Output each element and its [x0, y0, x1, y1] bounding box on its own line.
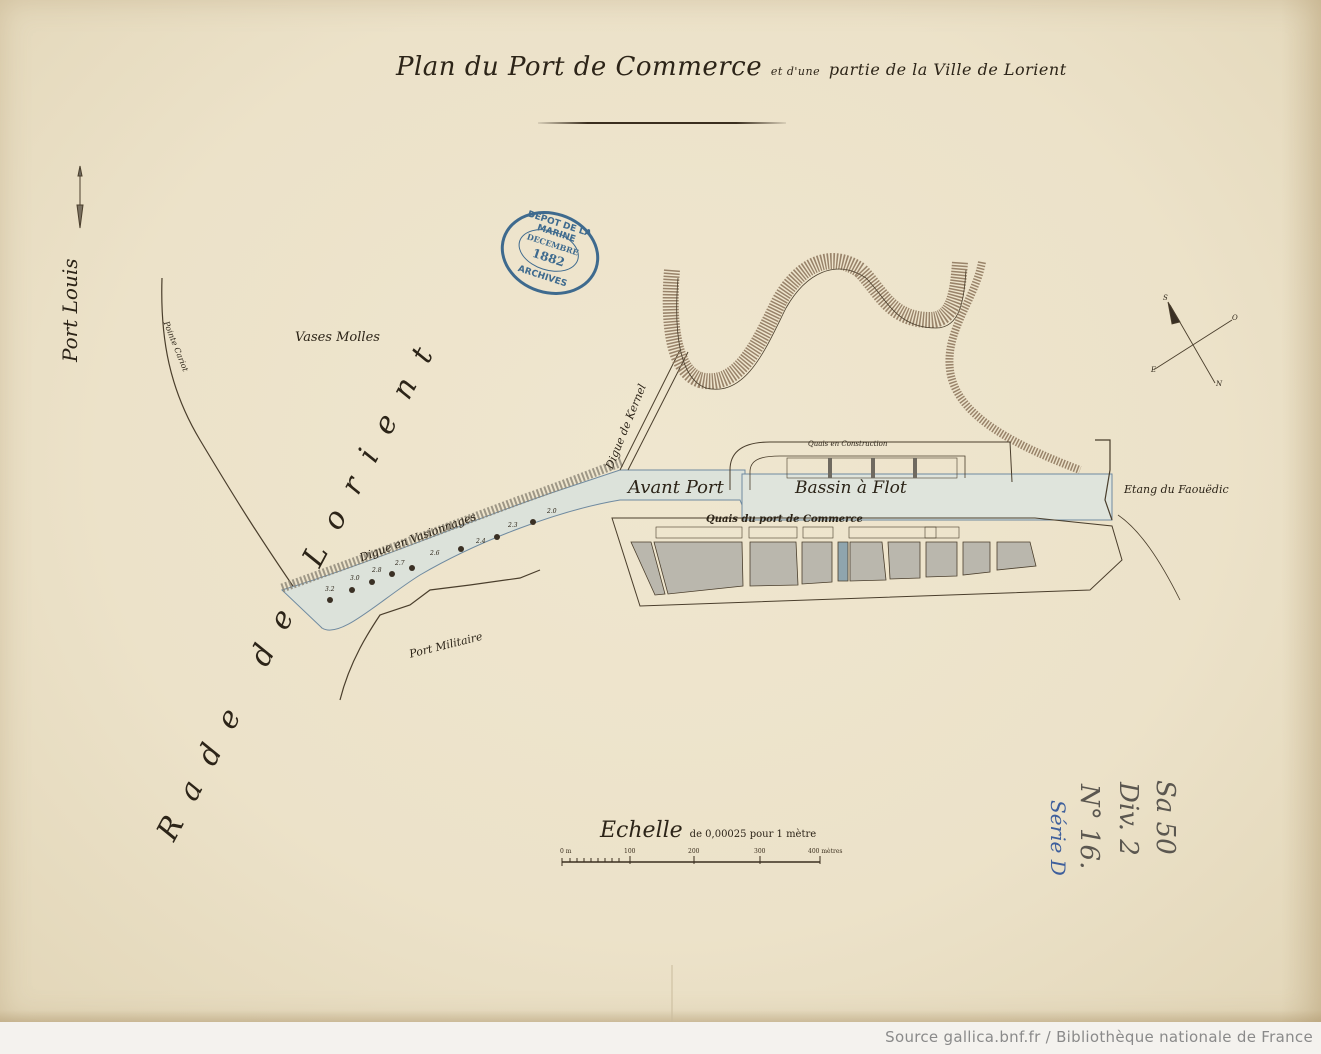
- label-vases-molles: Vases Molles: [295, 330, 380, 345]
- north-bank-hachure: [671, 261, 960, 381]
- label-bassin-a-flot: Bassin à Flot: [795, 478, 907, 498]
- scale-tick-label: 0 m: [560, 848, 571, 855]
- compass-rose-icon: [1155, 302, 1232, 383]
- scale-tick-label: 400 mètres: [808, 848, 843, 855]
- warehouse-blocks: [631, 542, 1036, 595]
- scale-title: Echelle de 0,00025 pour 1 mètre: [600, 818, 816, 843]
- compass-letter-s: S: [1163, 294, 1168, 302]
- archive-mark-number: N° 16.: [1074, 784, 1104, 869]
- harbor-plan-drawing: [0, 0, 1321, 1022]
- scale-label: Echelle: [600, 818, 683, 843]
- sounding-value: 2.3: [508, 522, 518, 529]
- archive-mark-serie: Série D: [1046, 800, 1070, 876]
- title-connector: et d'une: [771, 65, 820, 78]
- archive-mark-div: Div. 2: [1113, 782, 1143, 856]
- sounding-value: 2.4: [476, 538, 486, 545]
- east-bank-hachure: [949, 262, 1080, 470]
- source-credit: Source gallica.bnf.fr / Bibliothèque nat…: [885, 1028, 1313, 1046]
- label-port-louis: Port Louis: [58, 258, 82, 362]
- compass-letter-n: N: [1216, 380, 1222, 388]
- north-arrow-icon: [77, 166, 83, 228]
- label-quais-commerce: Quais du port de Commerce: [706, 514, 863, 525]
- compass-letter-e: E: [1151, 366, 1156, 374]
- sounding-value: 2.0: [547, 508, 557, 515]
- scale-tick-label: 300: [754, 848, 765, 855]
- scale-tick-label: 200: [688, 848, 699, 855]
- label-quais-construction: Quais en Construction: [808, 440, 887, 448]
- sounding-value: 2.8: [372, 567, 382, 574]
- scale-ratio: de 0,00025 pour 1 mètre: [690, 829, 817, 840]
- scale-tick-label: 100: [624, 848, 635, 855]
- sounding-value: 2.7: [395, 560, 405, 567]
- map-title: Plan du Port de Commerce et d'une partie…: [396, 52, 1067, 82]
- dotted-storage-rows: [656, 527, 959, 538]
- scale-bar: [562, 856, 820, 866]
- compass-letter-o: O: [1232, 314, 1238, 322]
- sounding-value: 3.0: [350, 575, 360, 582]
- archive-mark-sa: Sa 50: [1150, 780, 1180, 855]
- label-etang-faouedic: Etang du Faouëdic: [1124, 483, 1229, 496]
- label-avant-port: Avant Port: [628, 477, 724, 498]
- sounding-value: 3.2: [325, 586, 335, 593]
- sounding-value: 2.6: [430, 550, 440, 557]
- title-part-2: Port de Commerce: [508, 52, 762, 82]
- title-part-1: Plan du: [396, 52, 499, 82]
- title-part-3: partie de la Ville de Lorient: [829, 60, 1067, 79]
- title-underline: [538, 122, 786, 124]
- faouedic-stream: [1118, 515, 1180, 600]
